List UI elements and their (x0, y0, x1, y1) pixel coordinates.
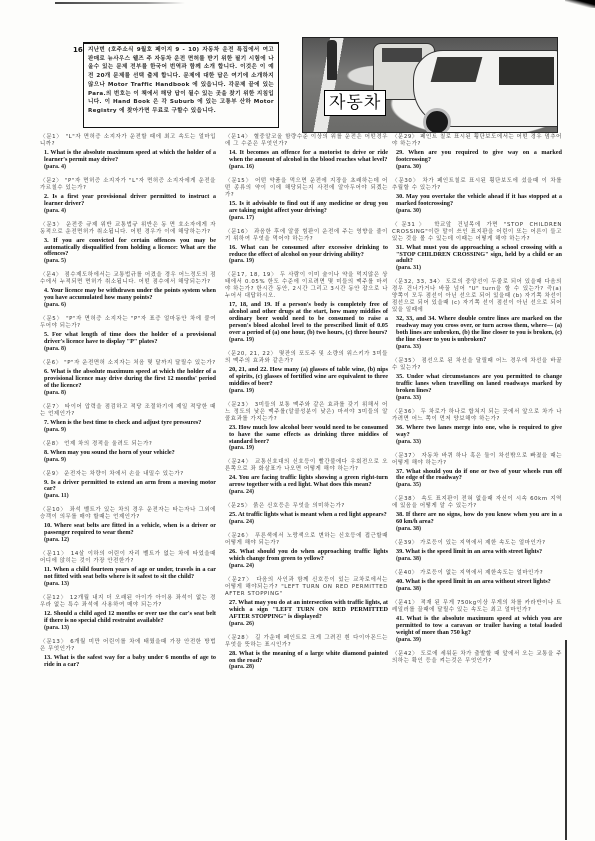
paragraph-reference: (para. 19) (229, 258, 388, 265)
question-item: 〈문15〉 어떤 약품을 먹으면 운전에 지장을 초래하는데 어떤 종류의 약이… (225, 178, 388, 222)
question-item: 〈문8〉 언제 차의 경적을 울려도 되는가?8. When may you s… (40, 441, 216, 464)
question-item: 〈문16〉 과음한 후에 알콜 힘판이 운전에 주는 영향을 줄이기 위하여 무… (225, 229, 388, 266)
question-english: 2. Is a first year provisional driver pe… (44, 194, 216, 208)
paragraph-reference: (para. 12) (44, 537, 216, 544)
scan-artifact-edge (565, 640, 567, 840)
question-english: 13. What is the safest way for a baby un… (44, 655, 216, 669)
question-korean: 〈문29〉 페인트 칠로 표시된 횡단보도에서는 어떤 경우 멈추어야 하는가? (392, 134, 562, 148)
paragraph-reference: (para. 9) (44, 427, 216, 434)
question-item: 〈문20, 21, 22〉 몇잔의 포도주 및 소량의 위스키가 3미들의 맥주… (225, 351, 388, 395)
paragraph-reference: (para. 35) (396, 482, 562, 489)
intro-text: 지난번 (호주소식 9월호 페이지 9 - 10) 자동차 운전 특집에서 여고… (88, 47, 274, 114)
section-title: 자동차 (324, 90, 386, 116)
question-item: 〈문12〉 12개월 내지 더 오래된 아이가 아이용 좌석이 없는 경우라 없… (40, 595, 216, 632)
question-korean: 〈문16〉 과음한 후에 알콜 힘판이 운전에 주는 영향을 줄이기 위하여 무… (225, 229, 388, 243)
paragraph-reference: (para. 31) (396, 265, 562, 272)
paragraph-reference: (para. 30) (396, 208, 562, 215)
scan-artifact-corner (565, 0, 595, 8)
question-korean: 〈문31〉 학교앞 건널목에 가면 "STOP CHILDREN CROSSIN… (392, 222, 562, 243)
question-english: 29. When are you required to give way on… (396, 150, 562, 164)
question-item: 〈문31〉 학교앞 건널목에 가면 "STOP CHILDREN CROSSIN… (392, 222, 562, 273)
question-english: 38. If there are no signs, how do you kn… (396, 512, 562, 526)
question-korean: 〈문6〉 "P"자 운전면허 소지자는 처음 몇 달까지 달릴수 있는가? (40, 360, 216, 367)
question-column-3: 〈문29〉 페인트 칠로 표시된 횡단보도에서는 어떤 경우 멈추어야 하는가?… (392, 134, 562, 672)
question-item: 〈문7〉 타이어 압력을 점검하고 적당 조절하기에 제일 적당한 때는 언제인… (40, 404, 216, 434)
question-english: 5. For what length of time does the hold… (44, 332, 216, 346)
question-english: 26. What should you do when approaching … (229, 549, 388, 563)
question-item: 〈문30〉 차가 페인트칠로 표시된 횡단보도에 섰을때 이 차를 추월할 수 … (392, 178, 562, 215)
question-korean: 〈문5〉 "P"자 면허증 소지자는 "P"자 표증 얼마동안 차에 붙여두어야… (40, 316, 216, 330)
question-item: 〈문36〉 두 차로가 하나로 합쳐지 되는 곳에서 앞으로 차가 나가려면 어… (392, 409, 562, 446)
question-english: 12. Should a child aged 12 months or ove… (44, 611, 216, 625)
question-korean: 〈문13〉 6개월 미만 어린이를 차에 태웠을때 가장 안전한 방법은 무엇인… (40, 639, 216, 653)
question-item: 〈문28〉 길 가운데 페인트로 크게 그려진 흰 다이아몬드는 무엇을 뜻하는… (225, 635, 388, 672)
question-english: 3. If you are convicted for certain offe… (44, 238, 216, 259)
question-korean: 〈문37〉 자동차 바퀴 하나 혹은 둘이 차선밖으로 빠졌을 때는 어떻게 해… (392, 453, 562, 467)
question-english: 16. What can be consumed after excessive… (229, 245, 388, 259)
paragraph-reference: (para. 11) (44, 493, 216, 500)
paragraph-reference: (para. 19) (229, 445, 388, 452)
paragraph-reference: (para. 4) (44, 164, 216, 171)
question-column-1: 〈문1〉 "L"자 면허증 소지자가 운전할 때에 최고 속도는 얼마입니까?1… (40, 134, 216, 676)
question-korean: 〈문11〉 14살 이하의 어린이 자리 벨트가 없는 차에 타었을때 어디에 … (40, 551, 216, 565)
paragraph-reference: (para. 13) (44, 625, 216, 632)
paragraph-reference: (para. 16) (229, 164, 388, 171)
question-korean: 〈문2〉 "P"자 면허증 소지자가 "L"자 면허증 소지자에게 운전을 가르… (40, 178, 216, 192)
question-item: 〈문1〉 "L"자 면허증 소지자가 운전할 때에 최고 속도는 얼마입니까?1… (40, 134, 216, 171)
question-item: 〈문42〉 도로에 세워둔 차가 출발할 때 앞에서 오는 교통을 주의하는 확… (392, 651, 562, 665)
paragraph-reference: (para. 13) (44, 581, 216, 588)
question-item: 〈문41〉 적재 된 무게 750kg이상 무게의 차를 카라반이나 트레일러를… (392, 600, 562, 644)
question-english: 9. Is a driver permitted to extend an ar… (44, 480, 216, 494)
paragraph-reference: (para. 8) (44, 346, 216, 353)
paragraph-reference: (para. 28) (229, 664, 388, 671)
question-item: 〈문2〉 "P"자 면허증 소지자가 "L"자 면허증 소지자에게 운전을 가르… (40, 178, 216, 215)
question-item: 〈문27〉 다음의 사인과 함께 신호등이 있는 교차로에서는 어떻게 해야되는… (225, 577, 388, 628)
question-korean: 〈문14〉 혈중알코올 함량수준 이상의 위를 운전은 어떤경우에 그 수준은 … (225, 134, 388, 148)
question-item: 〈문24〉 교통신호대의 신호등이 빨간불에다 우회전으로 오른쪽으로 좌 화살… (225, 459, 388, 496)
paragraph-reference: (para. 38) (396, 586, 562, 593)
question-english: 4. Your licence may be withdrawn under t… (44, 288, 216, 302)
question-item: 〈문23〉 3미들의 보통 맥주와 같은 효과를 갖기 위해서 어느 정도의 낮… (225, 402, 388, 453)
question-korean: 〈문3〉 운전중 규제 위반 교통법규 위반은 동 면 호소자에게 자동적으로 … (40, 222, 216, 236)
question-english: 41. What is the absolute maximum speed a… (396, 616, 562, 637)
question-english: 28. What is the meaning of a large white… (229, 651, 388, 665)
paragraph-reference: (para. 33) (396, 395, 562, 402)
question-item: 〈문17, 18, 19〉 두 사람이 이미 술이나 약을 먹지않은 상태에서 … (225, 272, 388, 344)
paragraph-reference: (para. 30) (396, 164, 562, 171)
paragraph-reference: (para. 24) (229, 519, 388, 526)
question-korean: 〈문40〉 가로등이 없는 지역에서 제한속도는 얼마인가? (392, 570, 562, 577)
question-english: 7. When is the best time to check and ad… (44, 420, 216, 427)
question-item: 〈문35〉 점선으로 된 차선을 달릴때 어느 경우에 차선을 바꿀수 있는가?… (392, 358, 562, 402)
paragraph-reference: (para. 26) (229, 621, 388, 628)
question-english: 24. You are facing traffic lights showin… (229, 475, 388, 489)
paragraph-reference: (para. 33) (396, 344, 562, 351)
question-korean: 〈문23〉 3미들의 보통 맥주와 같은 효과를 갖기 위해서 어느 정도의 낮… (225, 402, 388, 423)
question-korean: 〈문25〉 붉은 신호등은 무엇을 의미하는가? (225, 503, 388, 510)
question-item: 〈문14〉 혈중알코올 함량수준 이상의 위를 운전은 어떤경우에 그 수준은 … (225, 134, 388, 171)
question-korean: 〈문4〉 점수제도하에서는 교통법규를 어겼을 경우 어느정도의 점수에서 누적… (40, 272, 216, 286)
question-korean: 〈문41〉 적재 된 무게 750kg이상 무게의 차를 카라반이나 트레일러를… (392, 600, 562, 614)
question-korean: 〈문36〉 두 차로가 하나로 합쳐지 되는 곳에서 앞으로 차가 나가려면 어… (392, 409, 562, 423)
photo-wheel (423, 108, 451, 133)
paragraph-reference: (para. 4) (44, 208, 216, 215)
question-korean: 〈문39〉 가로등이 있는 지역에서 제한 속도는 얼마인가? (392, 540, 562, 547)
paragraph-reference: (para. 8) (44, 390, 216, 397)
question-korean: 〈문9〉 운전자는 차량이 차에서 손을 내밀수 있는가? (40, 471, 216, 478)
question-english: 31. What must you do approaching a schoo… (396, 245, 562, 266)
question-item: 〈문39〉 가로등이 있는 지역에서 제한 속도는 얼마인가?39. What … (392, 540, 562, 563)
question-item: 〈문29〉 페인트 칠로 표시된 횡단보도에서는 어떤 경우 멈추어야 하는가?… (392, 134, 562, 171)
question-english: 39. What is the speed limit in an area w… (396, 549, 562, 556)
question-item: 〈문25〉 붉은 신호등은 무엇을 의미하는가?25. At traffic l… (225, 503, 388, 526)
question-item: 〈문40〉 가로등이 없는 지역에서 제한속도는 얼마인가?40. What i… (392, 570, 562, 593)
question-korean: 〈문42〉 도로에 세워둔 차가 출발할 때 앞에서 오는 교통을 주의하는 확… (392, 651, 562, 665)
page-number: 16 (73, 46, 83, 54)
question-korean: 〈문28〉 길 가운데 페인트로 크게 그려진 흰 다이아몬드는 무엇을 뜻하는… (225, 635, 388, 649)
paragraph-reference: (para. 24) (229, 489, 388, 496)
question-item: 〈문37〉 자동차 바퀴 하나 혹은 둘이 차선밖으로 빠졌을 때는 어떻게 해… (392, 453, 562, 490)
question-korean: 〈문17, 18, 19〉 두 사람이 이미 술이나 약을 먹지않은 상태에서 … (225, 272, 388, 300)
question-korean: 〈문8〉 언제 차의 경적을 울려도 되는가? (40, 441, 216, 448)
question-english: 23. How much low alcohol beer would need… (229, 425, 388, 446)
paragraph-reference: (para. 19) (229, 337, 388, 344)
question-english: 27. What may you do at an intersection w… (229, 600, 388, 621)
question-english: 1. What is the absolute maximum speed at… (44, 150, 216, 164)
question-item: 〈문26〉 푸른색에서 노랑색으로 변하는 신호등에 접근할때 어떻게 해야 되… (225, 533, 388, 570)
question-korean: 〈문20, 21, 22〉 몇잔의 포도주 및 소량의 위스키가 3미들의 맥주… (225, 351, 388, 365)
paragraph-reference: (para. 17) (229, 215, 388, 222)
question-english: 14. It becomes an offence for a motorist… (229, 150, 388, 164)
question-korean: 〈문24〉 교통신호대의 신호등이 빨간불에다 우회전으로 오른쪽으로 좌 화살… (225, 459, 388, 473)
question-english: 40. What is the speed limit in an area w… (396, 579, 562, 586)
paragraph-reference: (para. 19) (229, 388, 388, 395)
question-item: 〈문10〉 좌석 벨트가 있는 차의 경우 운전자는 타는자나 그외에 승객이 … (40, 507, 216, 544)
question-item: 〈문5〉 "P"자 면허증 소지자는 "P"자 표증 얼마동안 차에 붙여두어야… (40, 316, 216, 353)
question-english: 30. May you overtake the vehicle ahead i… (396, 194, 562, 208)
question-english: 35. Under what circumstances are you per… (396, 374, 562, 395)
question-korean: 〈문32, 33, 34〉 도로의 중앙선이 두줄로 되어 있을때 다음의 경우… (392, 279, 562, 314)
question-english: 8. When may you sound the horn of your v… (44, 450, 216, 457)
question-item: 〈문3〉 운전중 규제 위반 교통법규 위반은 동 면 호소자에게 자동적으로 … (40, 222, 216, 266)
header-photo: 자동차 (302, 37, 558, 133)
question-korean: 〈문35〉 점선으로 된 차선을 달릴때 어느 경우에 차선을 바꿀수 있는가? (392, 358, 562, 372)
question-korean: 〈문1〉 "L"자 면허증 소지자가 운전할 때에 최고 속도는 얼마입니까? (40, 134, 216, 148)
scan-artifact-top (55, 2, 185, 4)
question-korean: 〈문12〉 12개월 내지 더 오래된 아이가 아이용 좌석이 없는 경우라 없… (40, 595, 216, 609)
question-english: 17, 18, and 19. If a person's body is co… (229, 302, 388, 337)
question-english: 6. What is the absolute maximum speed at… (44, 369, 216, 390)
paragraph-reference: (para. 33) (396, 439, 562, 446)
question-item: 〈문11〉 14살 이하의 어린이 자리 벨트가 없는 차에 타었을때 어디에 … (40, 551, 216, 588)
question-english: 37. What should you do if one or two of … (396, 469, 562, 483)
question-item: 〈문4〉 점수제도하에서는 교통법규를 어겼을 경우 어느정도의 점수에서 누적… (40, 272, 216, 309)
question-english: 32, 33, and 34. Where double centre line… (396, 316, 562, 344)
question-korean: 〈문38〉 속도 표지판이 전혀 없을때 자신이 시속 60km 지역에 있음을… (392, 496, 562, 510)
question-english: 11. When a child fourteen years of age o… (44, 567, 216, 581)
question-korean: 〈문30〉 차가 페인트칠로 표시된 횡단보도에 섰을때 이 차를 추월할 수 … (392, 178, 562, 192)
paragraph-reference: (para. 6) (44, 302, 216, 309)
question-korean: 〈문26〉 푸른색에서 노랑색으로 변하는 신호등에 접근할때 어떻게 해야 되… (225, 533, 388, 547)
paragraph-reference: (para. 39) (396, 637, 562, 644)
question-item: 〈문6〉 "P"자 운전면허 소지자는 처음 몇 달까지 달릴수 있는가?6. … (40, 360, 216, 397)
question-item: 〈문38〉 속도 표지판이 전혀 없을때 자신이 시속 60km 지역에 있음을… (392, 496, 562, 533)
question-korean: 〈문27〉 다음의 사인과 함께 신호등이 있는 교차로에서는 어떻게 해야되는… (225, 577, 388, 598)
question-item: 〈문13〉 6개월 미만 어린이를 차에 태웠을때 가장 안전한 방법은 무엇인… (40, 639, 216, 669)
paragraph-reference: (para. 38) (396, 556, 562, 563)
question-item: 〈문32, 33, 34〉 도로의 중앙선이 두줄로 되어 있을때 다음의 경우… (392, 279, 562, 351)
paragraph-reference: (para. 38) (396, 526, 562, 533)
question-english: 10. Where seat belts are fitted in a veh… (44, 523, 216, 537)
question-korean: 〈문15〉 어떤 약품을 먹으면 운전에 지장을 초래하는데 어떤 종류의 약이… (225, 178, 388, 199)
photo-person (327, 40, 337, 80)
question-korean: 〈문10〉 좌석 벨트가 있는 차의 경우 운전자는 타는자나 그외에 승객이 … (40, 507, 216, 521)
question-english: 15. Is it advisable to find out if any m… (229, 201, 388, 215)
paragraph-reference: (para. 9) (44, 457, 216, 464)
intro-box: 지난번 (호주소식 9월호 페이지 9 - 10) 자동차 운전 특집에서 여고… (83, 42, 279, 128)
question-item: 〈문9〉 운전자는 차량이 차에서 손을 내밀수 있는가?9. Is a dri… (40, 471, 216, 501)
paragraph-reference: (para. 24) (229, 563, 388, 570)
question-english: 36. Where two lanes merge into one, who … (396, 425, 562, 439)
question-korean: 〈문7〉 타이어 압력을 점검하고 적당 조절하기에 제일 적당한 때는 언제인… (40, 404, 216, 418)
paragraph-reference: (para. 5) (44, 258, 216, 265)
question-english: 20, 21, and 22. How many (a) glasses of … (229, 367, 388, 388)
question-column-2: 〈문14〉 혈중알코올 함량수준 이상의 위를 운전은 어떤경우에 그 수준은 … (225, 134, 388, 678)
